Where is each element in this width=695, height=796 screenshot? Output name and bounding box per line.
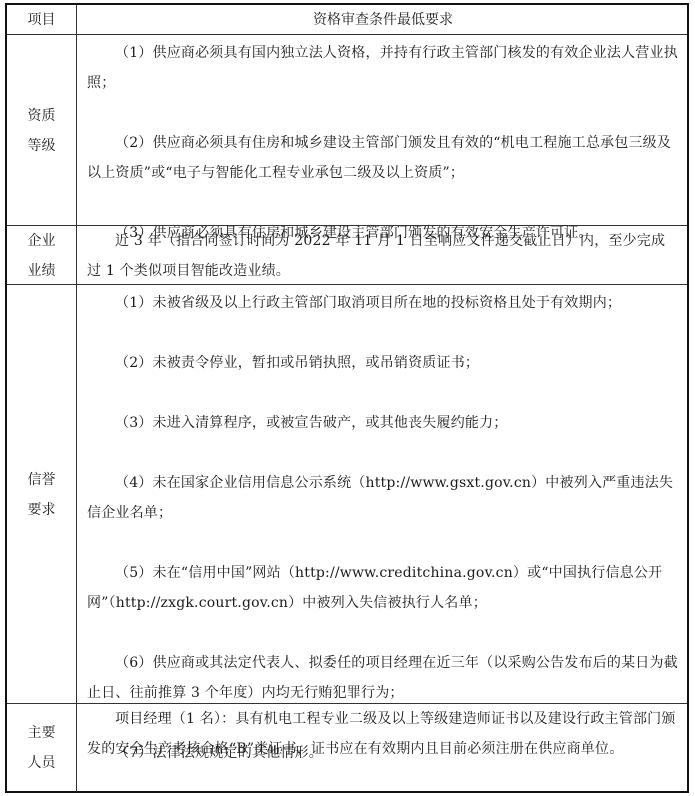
requirement-paragraph: （5）未在“信用中国”网站（http://www.creditchina.gov…	[87, 558, 679, 618]
row-label-line2: 要求	[28, 495, 56, 525]
row-label: 企业 业绩	[7, 226, 77, 285]
requirement-paragraph: （1）未被省级及以上行政主管部门取消项目所在地的投标资格且处于有效期内；	[87, 288, 679, 318]
row-content: （1）供应商必须具有国内独立法人资格，并持有行政主管部门核发的有效企业法人营业执…	[77, 35, 687, 226]
row-content: （1）未被省级及以上行政主管部门取消项目所在地的投标资格且处于有效期内； （2）…	[77, 285, 687, 704]
table-row-company-performance: 企业 业绩 近 3 年（指合同签订时间为 2022 年 11 月 1 日至响应文…	[7, 225, 687, 285]
row-content: 近 3 年（指合同签订时间为 2022 年 11 月 1 日至响应文件递交截止日…	[77, 226, 687, 285]
table-row-credit-requirements: 信誉 要求 （1）未被省级及以上行政主管部门取消项目所在地的投标资格且处于有效期…	[7, 284, 687, 704]
requirement-paragraph: （1）供应商必须具有国内独立法人资格，并持有行政主管部门核发的有效企业法人营业执…	[87, 38, 679, 98]
header-requirements-label: 资格审查条件最低要求	[313, 5, 453, 35]
row-label: 信誉 要求	[7, 285, 77, 704]
table-header-row: 项目 资格审查条件最低要求	[7, 5, 687, 34]
row-label-line2: 人员	[28, 748, 56, 778]
row-label-line1: 信誉	[28, 465, 56, 495]
row-label: 资质 等级	[7, 35, 77, 226]
header-item-label: 项目	[28, 5, 56, 35]
qualification-table: 项目 资格审查条件最低要求 资质 等级 （1）供应商必须具有国内独立法人资格，并…	[5, 3, 689, 793]
row-label-line1: 企业	[28, 226, 56, 256]
requirement-paragraph: （3）未进入清算程序，或被宣告破产，或其他丧失履约能力；	[87, 408, 679, 438]
row-content: 项目经理（1 名）：具有机电工程专业二级及以上等级建造师证书以及建设行政主管部门…	[77, 704, 687, 792]
table-row-qualification-level: 资质 等级 （1）供应商必须具有国内独立法人资格，并持有行政主管部门核发的有效企…	[7, 34, 687, 226]
row-label: 主要 人员	[7, 704, 77, 792]
requirement-paragraph: 项目经理（1 名）：具有机电工程专业二级及以上等级建造师证书以及建设行政主管部门…	[87, 704, 679, 764]
header-item-column: 项目	[7, 5, 77, 34]
row-label-line2: 等级	[28, 131, 56, 161]
row-label-line1: 资质	[28, 101, 56, 131]
row-label-line2: 业绩	[28, 256, 56, 286]
requirement-paragraph: （2）供应商必须具有住房和城乡建设主管部门颁发且有效的“机电工程施工总承包三级及…	[87, 128, 679, 188]
table-row-key-personnel: 主要 人员 项目经理（1 名）：具有机电工程专业二级及以上等级建造师证书以及建设…	[7, 703, 687, 792]
requirement-paragraph: 近 3 年（指合同签订时间为 2022 年 11 月 1 日至响应文件递交截止日…	[87, 226, 679, 286]
requirement-paragraph: （4）未在国家企业信用信息公示系统（http://www.gsxt.gov.cn…	[87, 468, 679, 528]
requirement-paragraph: （2）未被责令停业，暂扣或吊销执照，或吊销资质证书；	[87, 348, 679, 378]
row-label-line1: 主要	[28, 718, 56, 748]
header-requirements-column: 资格审查条件最低要求	[77, 5, 687, 34]
requirement-paragraph: （6）供应商或其法定代表人、拟委任的项目经理在近三年（以采购公告发布后的某日为截…	[87, 648, 679, 708]
